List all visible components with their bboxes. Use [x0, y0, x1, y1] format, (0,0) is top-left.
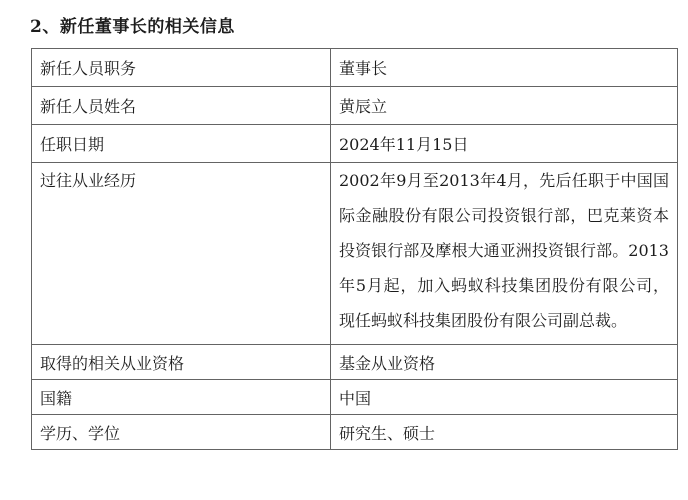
- row-label-work-history: 过往从业经历: [32, 163, 331, 345]
- row-value-position: 董事长: [331, 49, 678, 87]
- row-label-appointment-date: 任职日期: [32, 125, 331, 163]
- row-value-name: 黄辰立: [331, 87, 678, 125]
- table-row: 学历、学位 研究生、硕士: [32, 415, 678, 450]
- table-row: 任职日期 2024年11月15日: [32, 125, 678, 163]
- table-row: 新任人员职务 董事长: [32, 49, 678, 87]
- row-label-qualification: 取得的相关从业资格: [32, 345, 331, 380]
- row-value-nationality: 中国: [331, 380, 678, 415]
- chairman-info-table: 新任人员职务 董事长 新任人员姓名 黄辰立 任职日期 2024年11月15日 过…: [31, 48, 678, 450]
- section-heading: 2、新任董事长的相关信息: [30, 12, 688, 37]
- row-label-nationality: 国籍: [32, 380, 331, 415]
- row-label-education: 学历、学位: [32, 415, 331, 450]
- row-value-qualification: 基金从业资格: [331, 345, 678, 380]
- row-label-work-history-text: 过往从业经历: [40, 163, 322, 198]
- row-value-work-history: 2002年9月至2013年4月，先后任职于中国国际金融股份有限公司投资银行部，巴…: [331, 163, 678, 345]
- table-row: 国籍 中国: [32, 380, 678, 415]
- table-row: 取得的相关从业资格 基金从业资格: [32, 345, 678, 380]
- row-value-appointment-date: 2024年11月15日: [331, 125, 678, 163]
- work-history-paragraph: 2002年9月至2013年4月，先后任职于中国国际金融股份有限公司投资银行部，巴…: [339, 163, 669, 344]
- table-row: 新任人员姓名 黄辰立: [32, 87, 678, 125]
- row-label-position: 新任人员职务: [32, 49, 331, 87]
- table-row: 过往从业经历 2002年9月至2013年4月，先后任职于中国国际金融股份有限公司…: [32, 163, 678, 345]
- document-page: 2、新任董事长的相关信息 新任人员职务 董事长 新任人员姓名 黄辰立 任职日期 …: [0, 0, 688, 450]
- row-label-name: 新任人员姓名: [32, 87, 331, 125]
- row-value-education: 研究生、硕士: [331, 415, 678, 450]
